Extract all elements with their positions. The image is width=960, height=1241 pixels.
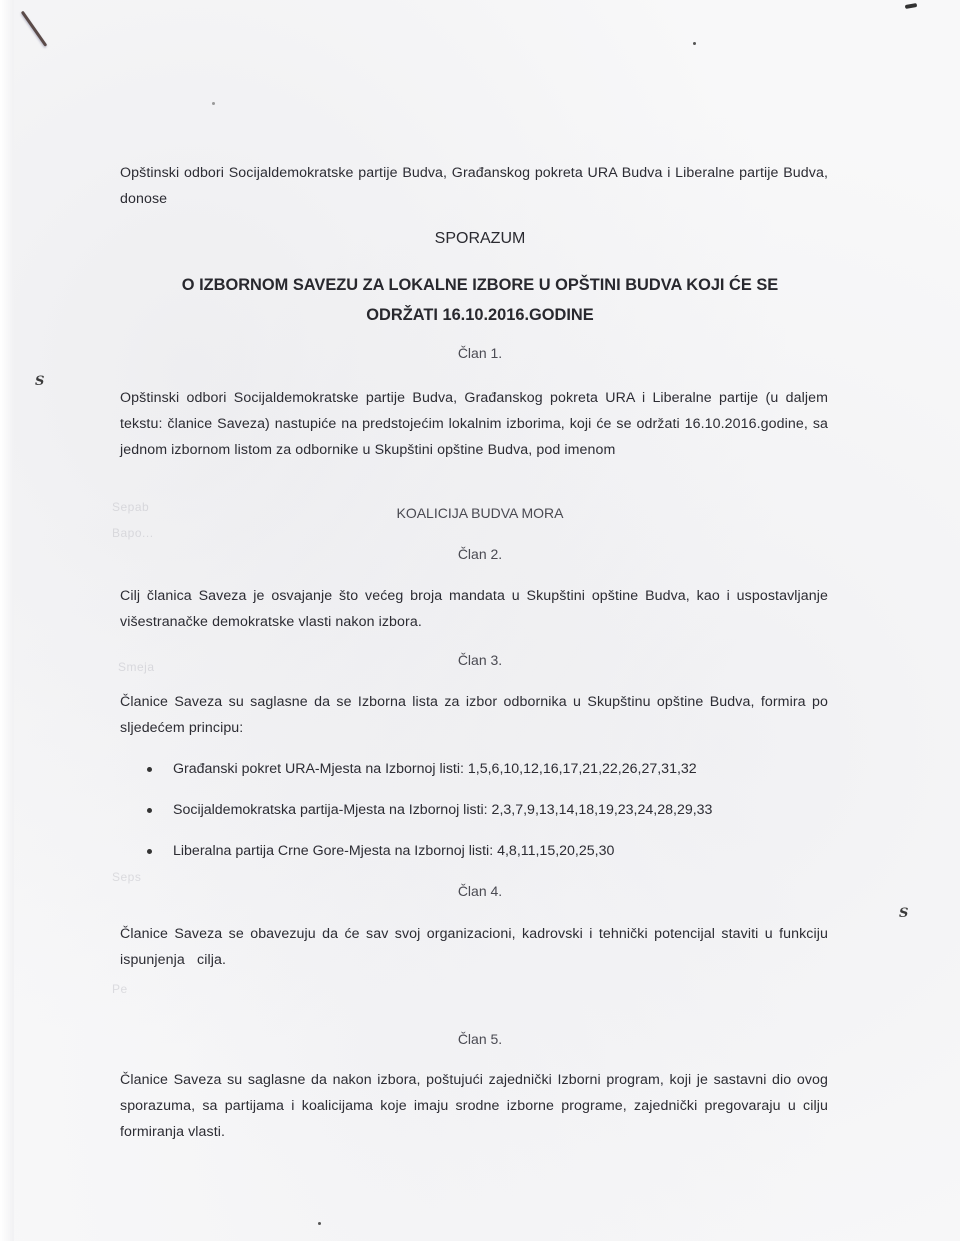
article-1-text: Opštinski odbori Socijaldemokratske part… [120,385,828,463]
article-3-text: Članice Saveza su saglasne da se Izborna… [120,689,828,741]
article-5-text: Članice Saveza su saglasne da nakon izbo… [120,1067,828,1145]
article-2-heading: Član 2. [0,546,960,562]
bleed-through-text: Bapo... [112,526,154,540]
bullet-icon [147,767,152,772]
scanned-document-page: Sepab Bapo... Smeja Seps Pe S S Opštinsk… [0,0,960,1241]
margin-mark: S [35,374,44,389]
corner-ink-mark [905,3,918,9]
ink-speck [212,102,215,105]
page-edge [0,0,14,1241]
margin-mark: S [899,906,908,921]
bleed-through-text: Seps [112,870,141,884]
bullet-icon [147,849,152,854]
article-4-text: Članice Saveza se obavezuju da će sav sv… [120,921,828,973]
ink-speck [693,42,696,45]
article-1-heading: Član 1. [0,345,960,361]
bleed-through-text: Pe [112,982,128,996]
staple-mark [21,11,48,47]
document-title: SPORAZUM [0,230,960,248]
list-item-lp: Liberalna partija Crne Gore-Mjesta na Iz… [145,841,712,882]
document-subtitle-line1: O IZBORNOM SAVEZU ZA LOKALNE IZBORE U OP… [140,272,820,299]
bullet-icon [147,808,152,813]
intro-paragraph: Opštinski odbori Socijaldemokratske part… [120,160,828,212]
electoral-list-allocation: Građanski pokret URA-Mjesta na Izbornoj … [145,759,712,882]
document-subtitle-line2: ODRŽATI 16.10.2016.GODINE [140,302,820,329]
article-3-heading: Član 3. [0,652,960,668]
article-5-heading: Član 5. [0,1031,960,1047]
list-item-sdp: Socijaldemokratska partija-Mjesta na Izb… [145,800,712,841]
article-2-text: Cilj članica Saveza je osvajanje što već… [120,583,828,635]
list-item-ura: Građanski pokret URA-Mjesta na Izbornoj … [145,759,712,800]
coalition-name: KOALICIJA BUDVA MORA [0,505,960,521]
article-4-heading: Član 4. [0,883,960,899]
ink-speck [318,1222,321,1225]
